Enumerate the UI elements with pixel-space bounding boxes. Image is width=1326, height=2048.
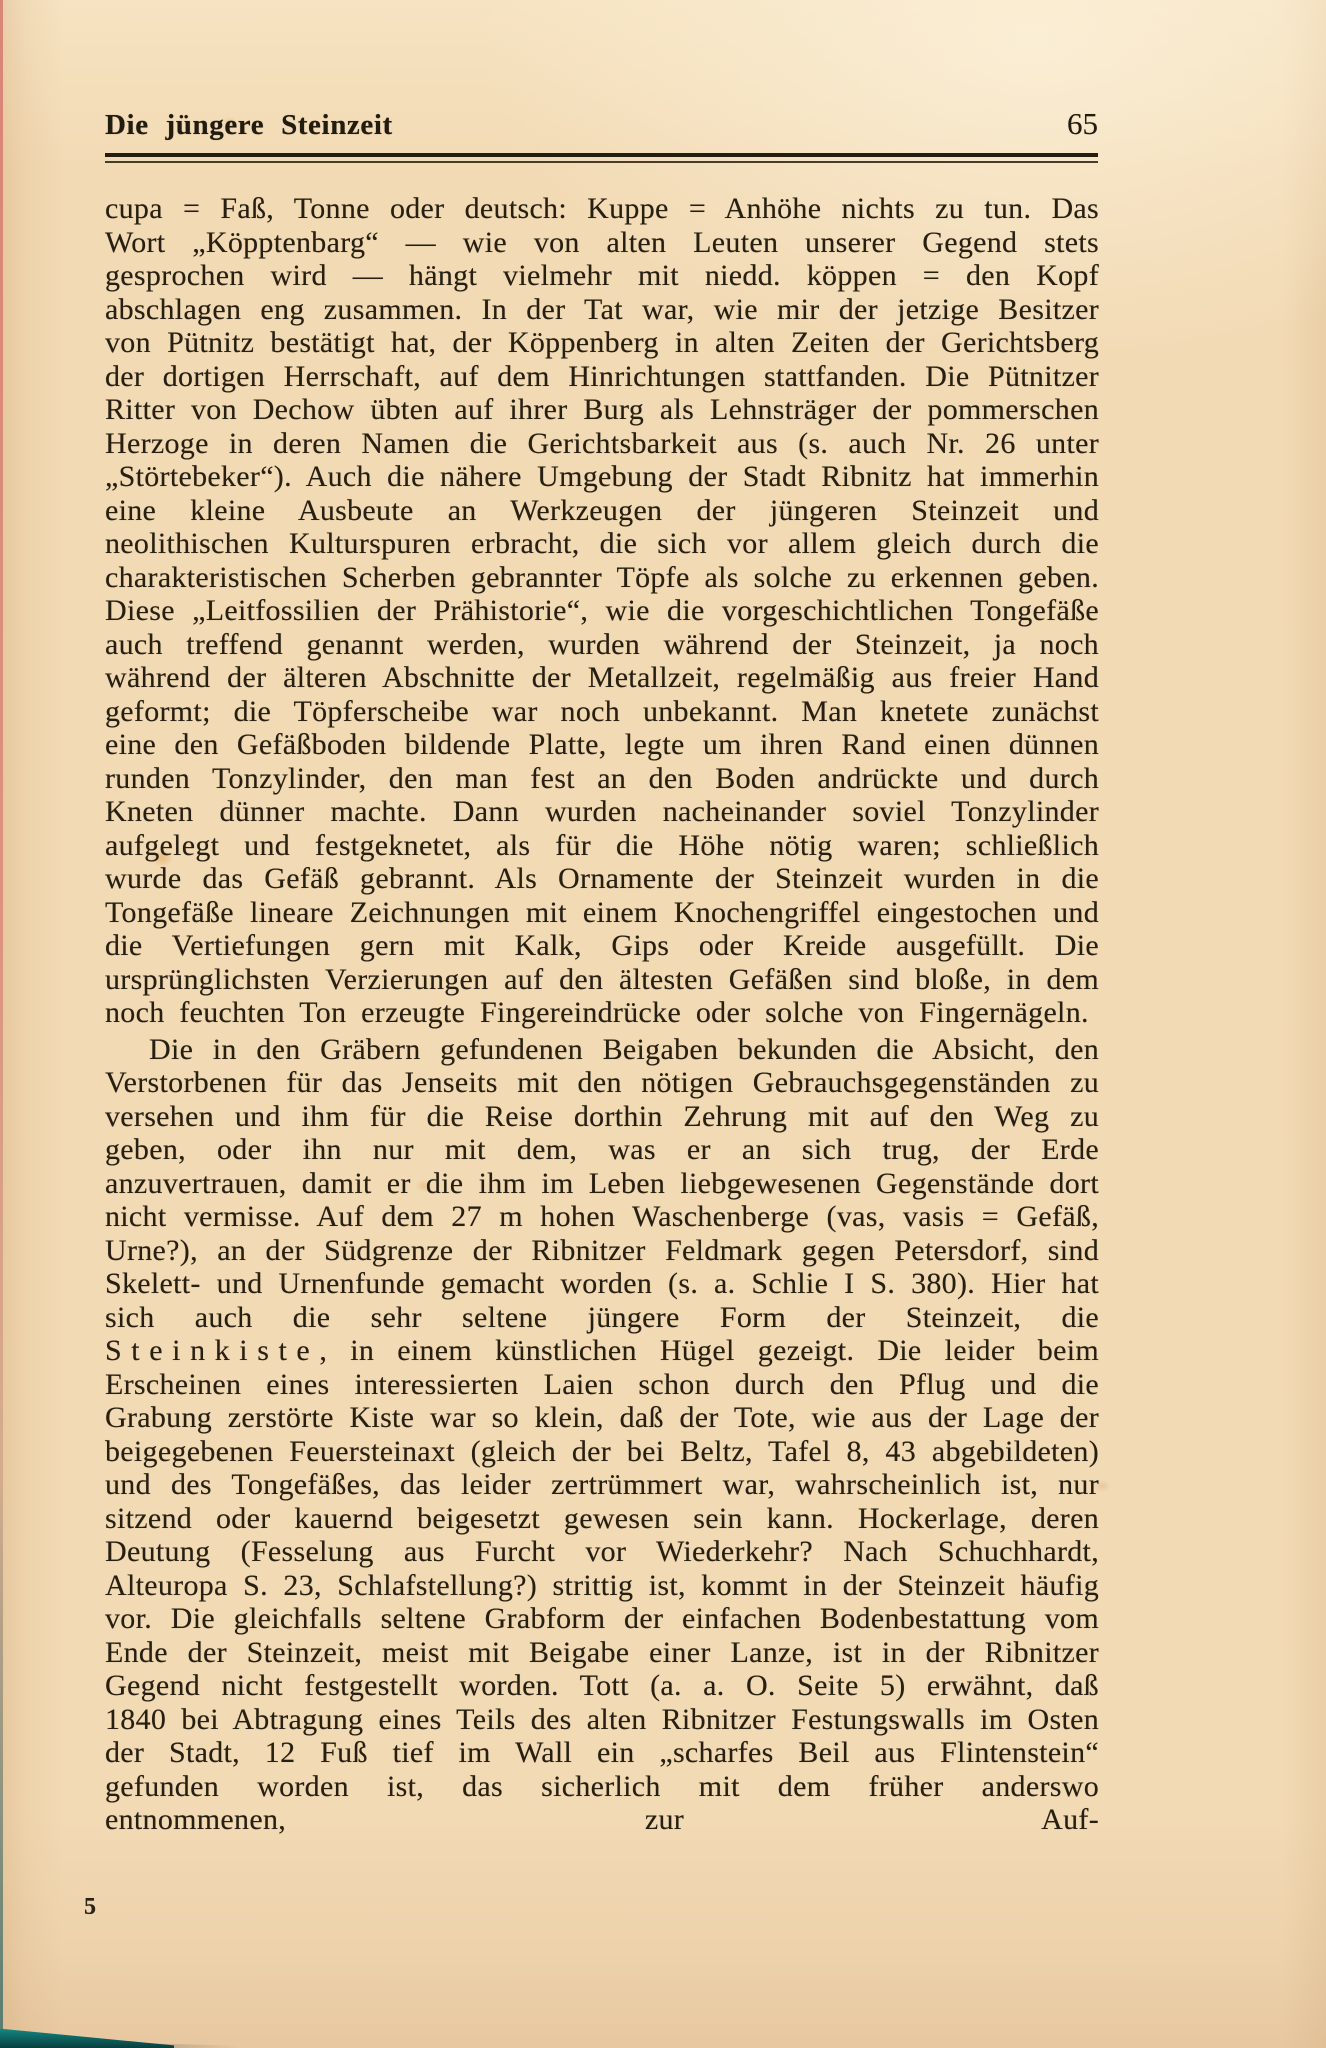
header-double-rule [105, 153, 1098, 163]
signature-mark: 5 [84, 1894, 96, 1921]
paragraph-text: Die in den Gräbern gefundenen Beigaben b… [105, 1033, 1099, 1334]
page-body: cupa = Faß, Tonne oder deutsch: Kuppe = … [105, 192, 1099, 1837]
letterspaced-term: Steinkiste [105, 1334, 319, 1367]
scanned-book-page: { "header": { "title": "Die jüngere Stei… [0, 0, 1326, 2048]
paragraph-text: cupa = Faß, Tonne oder deutsch: Kuppe = … [105, 192, 1099, 1029]
page-left-edge-tint [0, 0, 3, 2048]
paragraph: cupa = Faß, Tonne oder deutsch: Kuppe = … [105, 192, 1099, 1030]
paragraph: Die in den Gräbern gefundenen Beigaben b… [105, 1033, 1099, 1837]
page-number: 65 [1067, 106, 1098, 142]
running-header: Die jüngere Steinzeit 65 [105, 106, 1098, 142]
bottom-left-corner-wedge [0, 2026, 174, 2048]
paragraph-text: , in einem künstlichen Hügel gezeigt. Di… [105, 1334, 1099, 1836]
running-title: Die jüngere Steinzeit [105, 109, 393, 142]
